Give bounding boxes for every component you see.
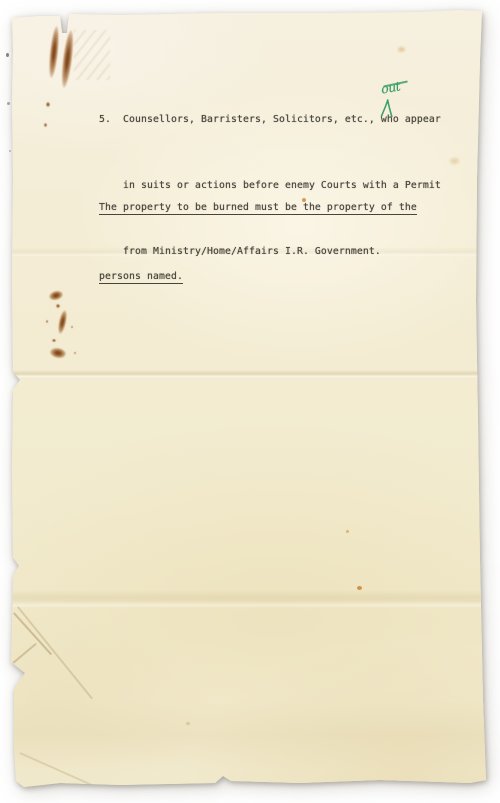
foxing-speck (357, 586, 362, 590)
underlined-line: The property to be burned must be the pr… (99, 196, 417, 219)
insertion-caret-icon (379, 98, 395, 118)
foxing-speck (450, 158, 459, 164)
bottom-toning-band (0, 700, 500, 770)
foxing-speck (186, 722, 190, 725)
rust-speck (74, 352, 76, 354)
paper-shadow: 5. Counsellors, Barristers, Solicitors, … (0, 0, 500, 803)
fold-crease-middle (0, 370, 500, 378)
rust-blob (48, 289, 64, 301)
rust-streak (57, 310, 69, 335)
rust-speck (71, 326, 73, 328)
crease-scratch (20, 752, 117, 796)
scanned-document-page: 5. Counsellors, Barristers, Solicitors, … (0, 0, 500, 803)
foxing-speck (346, 530, 349, 533)
crease-scratch (13, 643, 37, 663)
rust-dot (46, 102, 50, 107)
crease-scratch (17, 606, 92, 699)
emphasis-paragraph: The property to be burned must be the pr… (99, 150, 417, 334)
rust-blob (49, 347, 66, 360)
rust-streak (59, 30, 75, 89)
rust-stain-left-middle (44, 284, 86, 372)
rust-streak (47, 26, 60, 79)
underlined-line: persons named. (99, 265, 417, 288)
crease-scratch (13, 612, 52, 655)
rust-dot (44, 123, 47, 127)
paper-sheet: 5. Counsellors, Barristers, Solicitors, … (0, 0, 500, 803)
rust-dot (56, 304, 60, 308)
rust-dot (52, 339, 56, 342)
foxing-speck (398, 47, 405, 52)
fold-crease-lower (0, 590, 500, 608)
rust-speck (46, 320, 48, 323)
